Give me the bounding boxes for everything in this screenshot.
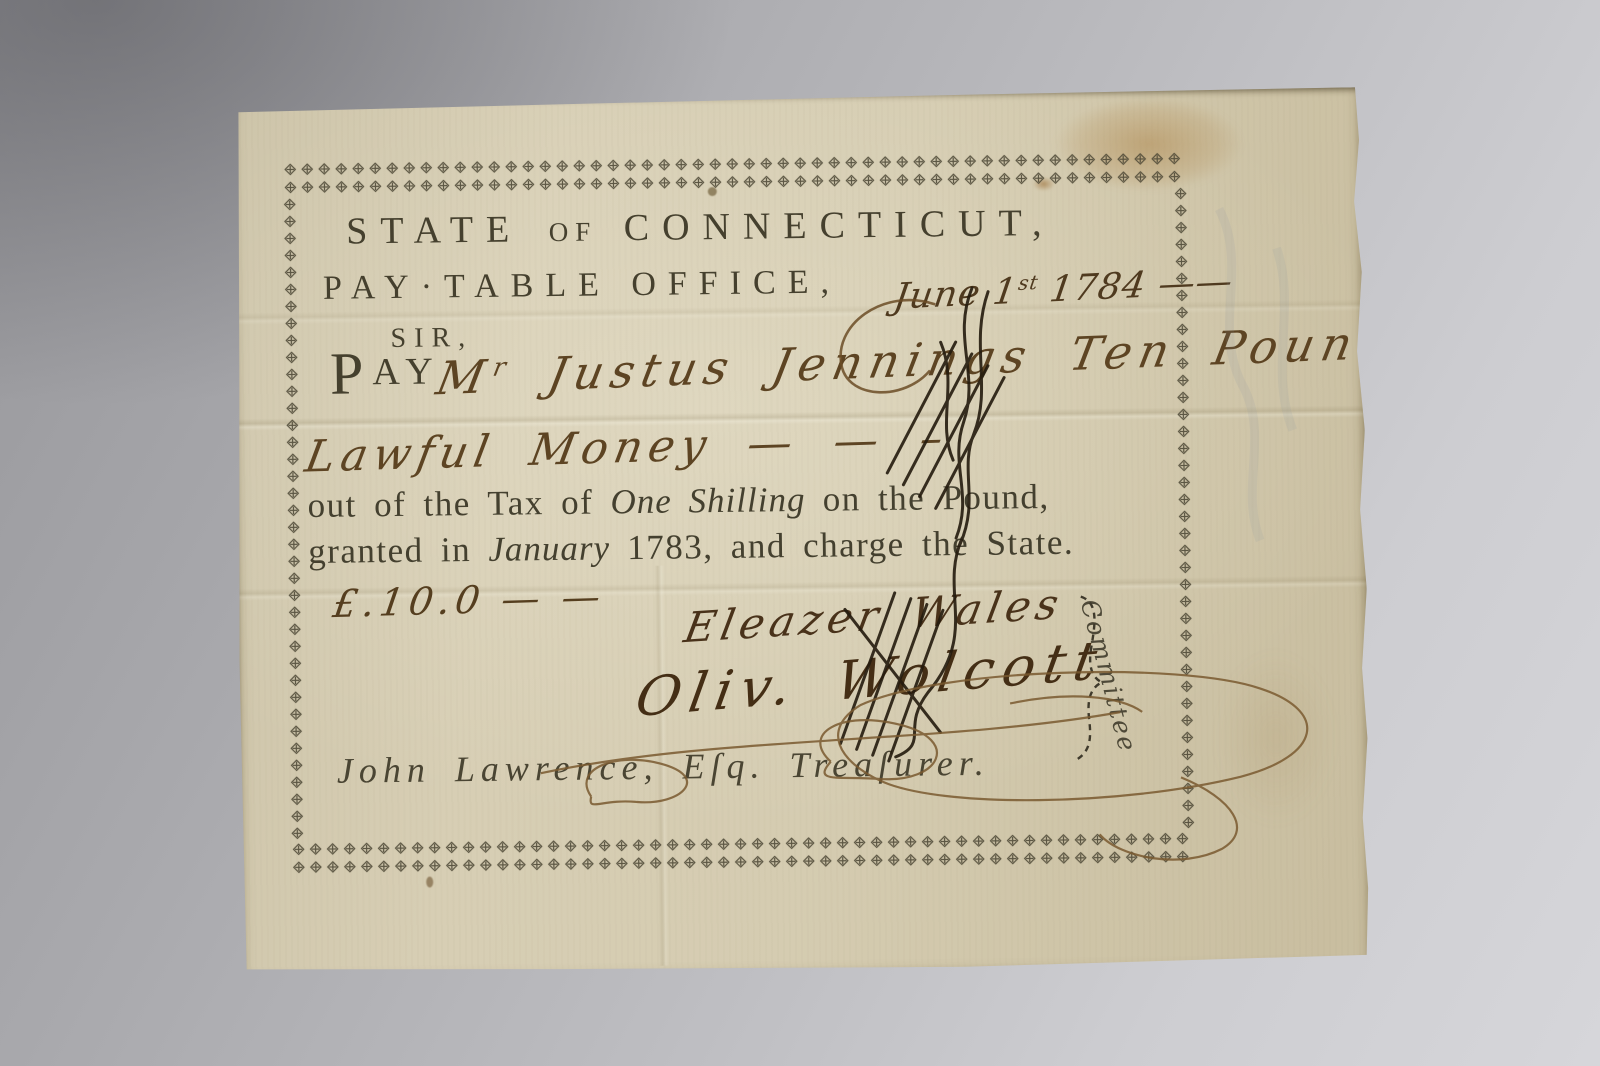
document-paper: ⊠⊠⊠⊠⊠⊠⊠⊠⊠⊠⊠⊠⊠⊠⊠⊠⊠⊠⊠⊠⊠⊠⊠⊠⊠⊠⊠⊠⊠⊠⊠⊠⊠⊠⊠⊠⊠⊠⊠⊠… [233, 87, 1372, 981]
title-of: OF [549, 216, 598, 247]
paper-stain [1023, 80, 1275, 208]
photograph-background: ⊠⊠⊠⊠⊠⊠⊠⊠⊠⊠⊠⊠⊠⊠⊠⊠⊠⊠⊠⊠⊠⊠⊠⊠⊠⊠⊠⊠⊠⊠⊠⊠⊠⊠⊠⊠⊠⊠⊠⊠… [0, 0, 1600, 1066]
treasurer-printed-line: John Lawrence, Eſq. Treaſurer. [337, 742, 990, 792]
ornamental-border-left: ⊠⊠⊠⊠⊠⊠⊠⊠⊠⊠⊠⊠⊠⊠⊠⊠⊠⊠⊠⊠⊠⊠⊠⊠⊠⊠⊠⊠⊠⊠⊠⊠⊠⊠⊠⊠⊠⊠ [281, 196, 309, 842]
ornamental-border-top: ⊠⊠⊠⊠⊠⊠⊠⊠⊠⊠⊠⊠⊠⊠⊠⊠⊠⊠⊠⊠⊠⊠⊠⊠⊠⊠⊠⊠⊠⊠⊠⊠⊠⊠⊠⊠⊠⊠⊠⊠… [281, 149, 1193, 196]
state-title: STATE OF CONNECTICUT, [346, 201, 1055, 254]
amount-figures-handwritten: £.10.0 — — [330, 574, 608, 626]
lawful-money-handwritten: Lawful Money — — – [301, 413, 953, 483]
pay-table-office-label: PAY·TABLE OFFICE, [323, 264, 841, 308]
paper-stain-dot [426, 877, 433, 888]
tax-clause-line: out of the Tax of One Shilling on the Po… [307, 477, 1050, 526]
paper-foxing [1199, 627, 1352, 849]
payee-amount-handwritten: Mr Justus Jennings Ten Pounds [432, 313, 1431, 405]
ornamental-border-bottom: ⊠⊠⊠⊠⊠⊠⊠⊠⊠⊠⊠⊠⊠⊠⊠⊠⊠⊠⊠⊠⊠⊠⊠⊠⊠⊠⊠⊠⊠⊠⊠⊠⊠⊠⊠⊠⊠⊠⊠⊠… [290, 829, 1202, 876]
pay-instruction-label: PAY [330, 344, 442, 394]
pay-drop-capital: P [330, 354, 373, 393]
granted-clause-line: granted in January 1783, and charge the … [308, 523, 1074, 572]
border-motif-icon: ⊠ [1170, 845, 1194, 869]
